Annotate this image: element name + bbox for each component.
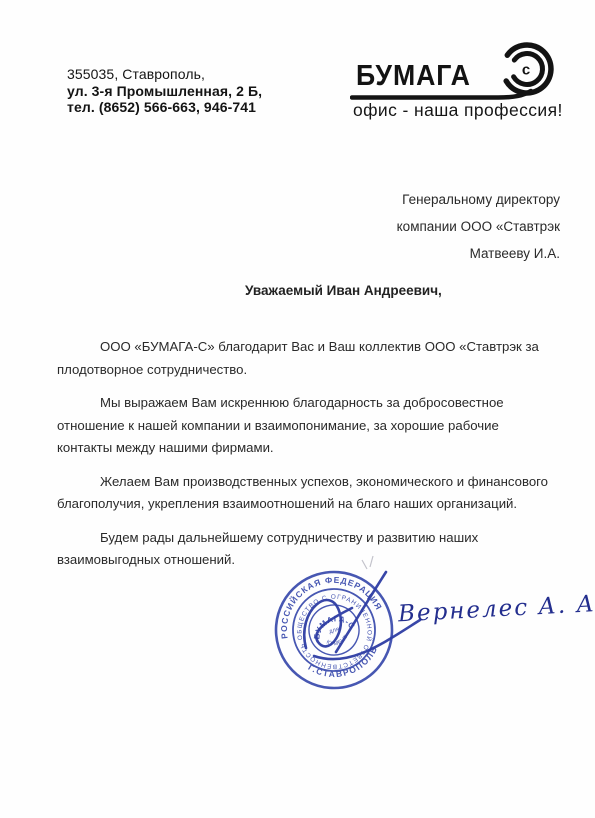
paragraph-wishes: Желаем Вам производственных успехов, эко…	[57, 471, 549, 516]
logo-center-letter: с	[522, 62, 530, 79]
sender-address-block: 355035, Ставрополь, ул. 3-я Промышленная…	[67, 66, 262, 116]
address-street-line: ул. 3-я Промышленная, 2 Б,	[67, 83, 262, 100]
paragraph-sincerity: Мы выражаем Вам искреннюю благодарность …	[57, 392, 549, 460]
greeting-line: Уважаемый Иван Андреевич,	[245, 283, 442, 298]
recipient-block: Генеральному директору компании ООО «Ста…	[397, 186, 560, 267]
recipient-company-line: компании ООО «Ставтрэк	[397, 213, 560, 240]
logo-c-mark-icon: с	[350, 36, 570, 102]
recipient-name-line: Матвееву И.А.	[397, 240, 560, 267]
address-phone-line: тел. (8652) 566-663, 946-741	[67, 99, 262, 116]
letter-body: ООО «БУМАГА-С» благодарит Вас и Ваш колл…	[57, 336, 549, 583]
pen-mark-artifact	[362, 556, 373, 569]
recipient-title-line: Генеральному директору	[397, 186, 560, 213]
logo-tagline: офис - наша профессия!	[353, 100, 563, 121]
paragraph-gratitude: ООО «БУМАГА-С» благодарит Вас и Ваш колл…	[57, 336, 549, 381]
address-city-line: 355035, Ставрополь,	[67, 66, 262, 83]
company-stamp: РОССИЙСКАЯ ФЕДЕРАЦИЯ ✱ Г.СТАВРОПОЛЬ ✱ ОБ…	[259, 550, 479, 720]
scanned-letter-page: 355035, Ставрополь, ул. 3-я Промышленная…	[0, 0, 595, 818]
